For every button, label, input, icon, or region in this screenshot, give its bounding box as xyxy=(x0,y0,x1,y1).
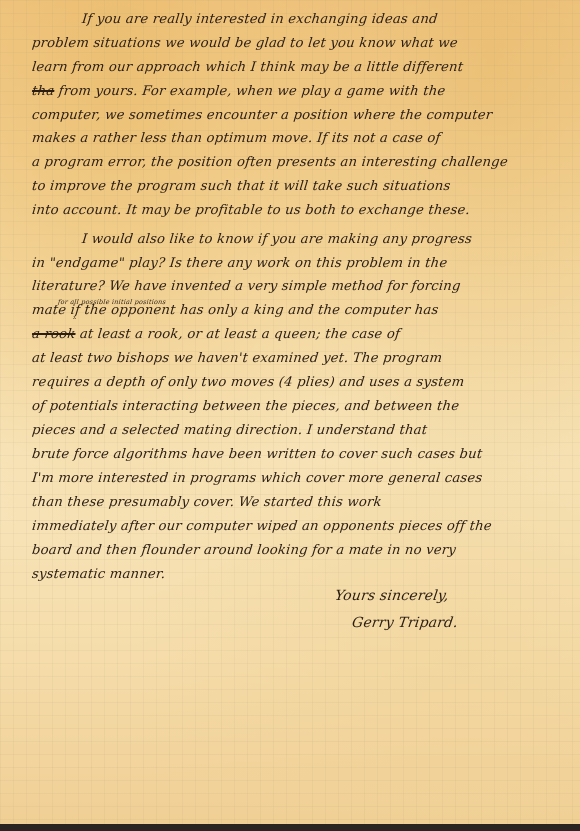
paragraph-2-line-14: board and then flounder around looking f… xyxy=(31,543,457,558)
paragraph-1-line-5: computer, we sometimes encounter a posit… xyxy=(31,108,493,123)
signature: Gerry Tripard. xyxy=(351,615,459,631)
paragraph-2-line-8: of potentials interacting between the pi… xyxy=(31,399,460,414)
struck-word: tha xyxy=(31,84,55,99)
paragraph-2-line-15: systematic manner. xyxy=(31,567,166,582)
paragraph-2-line-12: than these presumably cover. We started … xyxy=(31,495,382,510)
struck-word: a rook xyxy=(31,327,76,342)
paragraph-2-line-1: I would also like to know if you are mak… xyxy=(81,232,472,247)
paragraph-1-line-1: If you are really interested in exchangi… xyxy=(81,12,438,27)
page-bottom-edge xyxy=(0,824,580,831)
paragraph-1-line-3: learn from our approach which I think ma… xyxy=(31,60,464,75)
paragraph-2-line-6: at least two bishops we haven't examined… xyxy=(31,351,443,366)
closing-salutation: Yours sincerely, xyxy=(334,588,450,604)
paragraph-2-line-11: I'm more interested in programs which co… xyxy=(31,471,483,486)
line-text: from yours. For example, when we play a … xyxy=(58,84,446,99)
paragraph-1-line-4: tha from yours. For example, when we pla… xyxy=(31,84,446,99)
paragraph-2-line-10: brute force algorithms have been written… xyxy=(31,447,483,462)
paragraph-2-line-3: literature? We have invented a very simp… xyxy=(31,279,461,294)
paragraph-1-line-7: a program error, the position often pres… xyxy=(31,155,508,170)
paragraph-1-line-9: into account. It may be profitable to us… xyxy=(31,203,470,218)
paragraph-2-line-4: mate if the opponent has only a king and… xyxy=(31,303,439,318)
paragraph-2-line-7: requires a depth of only two moves (4 pl… xyxy=(31,375,465,390)
paragraph-2-line-2: in "endgame" play? Is there any work on … xyxy=(31,256,448,271)
line-text: at least a rook, or at least a queen; th… xyxy=(79,327,401,342)
paragraph-1-line-2: problem situations we would be glad to l… xyxy=(31,36,458,51)
paragraph-2-line-9: pieces and a selected mating direction. … xyxy=(31,423,428,438)
paragraph-2-line-13: immediately after our computer wiped an … xyxy=(31,519,492,534)
paragraph-2-line-5: a rook at least a rook, or at least a qu… xyxy=(31,327,401,342)
paragraph-1-line-6: makes a rather less than optimum move. I… xyxy=(31,131,441,146)
paragraph-1-line-8: to improve the program such that it will… xyxy=(31,179,451,194)
